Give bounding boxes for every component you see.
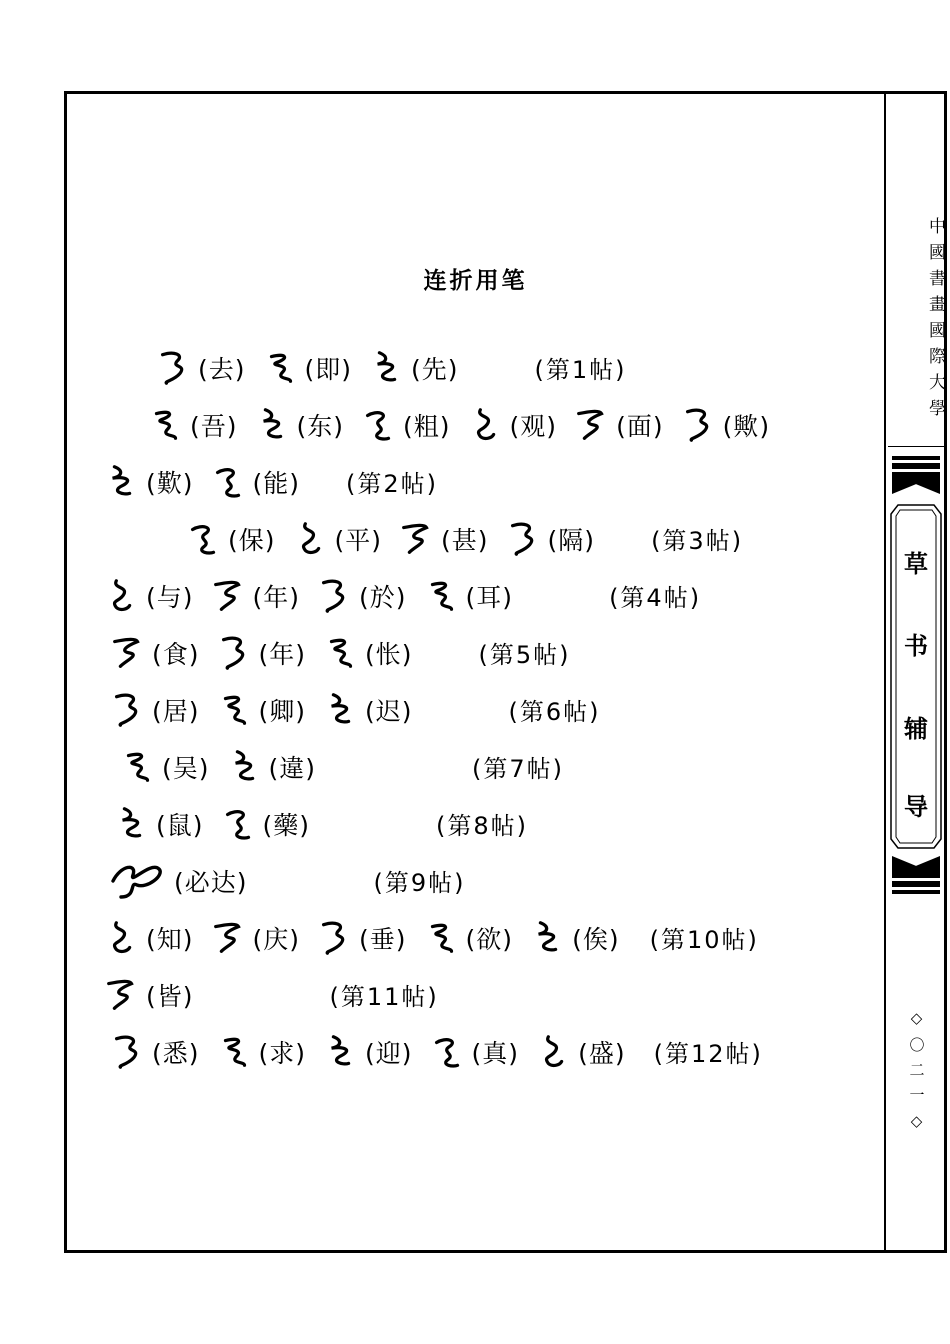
calligraphy-row: (鼠)(藥)(第8帖) bbox=[67, 795, 884, 852]
character-pair: (迎) bbox=[322, 1032, 413, 1072]
cursive-brush-glyph bbox=[322, 690, 360, 730]
printed-character: (与) bbox=[146, 578, 194, 614]
character-pair: (藥) bbox=[220, 804, 311, 844]
cursive-brush-glyph bbox=[467, 405, 505, 445]
character-pair: (違) bbox=[226, 747, 317, 787]
printed-character: (年) bbox=[253, 578, 301, 614]
printed-character: (歟) bbox=[723, 407, 771, 443]
printed-character: (即) bbox=[305, 350, 353, 386]
printed-character: (东) bbox=[297, 407, 345, 443]
cursive-brush-glyph bbox=[185, 519, 223, 559]
printed-character: (平) bbox=[335, 521, 383, 557]
printed-character: (迟) bbox=[365, 692, 413, 728]
character-pair: (年) bbox=[210, 576, 301, 616]
character-pair: (歟) bbox=[680, 405, 771, 445]
series-char-4: 导 bbox=[890, 787, 942, 822]
sidebar-rule bbox=[888, 446, 946, 447]
tie-number-label: (第6帖) bbox=[509, 692, 601, 727]
tie-number-label: (第10帖) bbox=[650, 920, 759, 955]
character-pair: (吾) bbox=[147, 405, 238, 445]
tie-number-label: (第3帖) bbox=[651, 521, 743, 556]
character-pair: (去) bbox=[155, 348, 246, 388]
character-pair: (保) bbox=[185, 519, 276, 559]
character-pair: (皆) bbox=[103, 975, 194, 1015]
printed-character: (皆) bbox=[146, 977, 194, 1013]
printed-character: (保) bbox=[228, 521, 276, 557]
book-page: 连折用笔 (去)(即)(先)(第1帖)(吾)(东)(粗)(观)(面)(歟)(歎)… bbox=[0, 0, 950, 1344]
cursive-brush-glyph bbox=[107, 859, 169, 903]
cursive-brush-glyph bbox=[322, 1032, 360, 1072]
sidebar: 中國書畫國際大學 草 书 辅 导 ◇〇二一◇ bbox=[886, 94, 948, 1250]
cursive-brush-glyph bbox=[423, 576, 461, 616]
cursive-brush-glyph bbox=[210, 576, 248, 616]
character-pair: (迟) bbox=[322, 690, 413, 730]
character-pair: (能) bbox=[210, 462, 301, 502]
cursive-brush-glyph bbox=[103, 462, 141, 502]
character-pair: (年) bbox=[216, 633, 307, 673]
decorative-bars-top bbox=[892, 456, 940, 498]
cursive-brush-glyph bbox=[109, 690, 147, 730]
character-pair: (庆) bbox=[210, 918, 301, 958]
calligraphy-rows: (去)(即)(先)(第1帖)(吾)(东)(粗)(观)(面)(歟)(歎)(能)(第… bbox=[67, 339, 884, 1080]
cursive-brush-glyph bbox=[316, 918, 354, 958]
cursive-brush-glyph bbox=[316, 576, 354, 616]
printed-character: (吾) bbox=[190, 407, 238, 443]
tie-number-label: (第9帖) bbox=[374, 863, 466, 898]
printed-character: (食) bbox=[152, 635, 200, 671]
character-pair: (甚) bbox=[398, 519, 489, 559]
printed-character: (知) bbox=[146, 920, 194, 956]
series-title-panel: 草 书 辅 导 bbox=[890, 504, 942, 849]
printed-character: (先) bbox=[411, 350, 459, 386]
calligraphy-row: (居)(卿)(迟)(第6帖) bbox=[67, 681, 884, 738]
calligraphy-row: (必达)(第9帖) bbox=[67, 852, 884, 909]
calligraphy-row: (去)(即)(先)(第1帖) bbox=[67, 339, 884, 396]
character-pair: (即) bbox=[262, 348, 353, 388]
calligraphy-row: (悉)(求)(迎)(真)(盛)(第12帖) bbox=[67, 1023, 884, 1080]
series-char-1: 草 bbox=[890, 544, 942, 579]
printed-character: (观) bbox=[510, 407, 558, 443]
calligraphy-row: (皆)(第11帖) bbox=[67, 966, 884, 1023]
printed-character: (盛) bbox=[578, 1034, 626, 1070]
character-pair: (粗) bbox=[360, 405, 451, 445]
printed-character: (去) bbox=[198, 350, 246, 386]
cursive-brush-glyph bbox=[119, 747, 157, 787]
printed-character: (卿) bbox=[259, 692, 307, 728]
character-pair: (垂) bbox=[316, 918, 407, 958]
cursive-brush-glyph bbox=[292, 519, 330, 559]
cursive-brush-glyph bbox=[322, 633, 360, 673]
cursive-brush-glyph bbox=[103, 576, 141, 616]
character-pair: (东) bbox=[254, 405, 345, 445]
cursive-brush-glyph bbox=[368, 348, 406, 388]
tie-number-label: (第4帖) bbox=[609, 578, 701, 613]
printed-character: (於) bbox=[359, 578, 407, 614]
printed-character: (違) bbox=[269, 749, 317, 785]
cursive-brush-glyph bbox=[254, 405, 292, 445]
character-pair: (求) bbox=[216, 1032, 307, 1072]
cursive-brush-glyph bbox=[505, 519, 543, 559]
cursive-brush-glyph bbox=[573, 405, 611, 445]
tie-number-label: (第7帖) bbox=[472, 749, 564, 784]
cursive-brush-glyph bbox=[360, 405, 398, 445]
printed-character: (怅) bbox=[365, 635, 413, 671]
tie-number-label: (第5帖) bbox=[479, 635, 571, 670]
character-pair: (平) bbox=[292, 519, 383, 559]
university-name: 中國書畫國際大學 bbox=[886, 156, 948, 486]
character-pair: (怅) bbox=[322, 633, 413, 673]
printed-character: (歎) bbox=[146, 464, 194, 500]
printed-character: (垂) bbox=[359, 920, 407, 956]
character-pair: (必达) bbox=[107, 859, 248, 903]
cursive-brush-glyph bbox=[529, 918, 567, 958]
calligraphy-row: (保)(平)(甚)(隔)(第3帖) bbox=[67, 510, 884, 567]
tie-number-label: (第11帖) bbox=[330, 977, 439, 1012]
printed-character: (鼠) bbox=[156, 806, 204, 842]
printed-character: (吴) bbox=[162, 749, 210, 785]
printed-character: (庆) bbox=[253, 920, 301, 956]
character-pair: (於) bbox=[316, 576, 407, 616]
cursive-brush-glyph bbox=[113, 804, 151, 844]
cursive-brush-glyph bbox=[147, 405, 185, 445]
cursive-brush-glyph bbox=[109, 1032, 147, 1072]
page-title: 连折用笔 bbox=[67, 262, 884, 295]
character-pair: (知) bbox=[103, 918, 194, 958]
cursive-brush-glyph bbox=[216, 690, 254, 730]
calligraphy-row: (吾)(东)(粗)(观)(面)(歟) bbox=[67, 396, 884, 453]
printed-character: (藥) bbox=[263, 806, 311, 842]
calligraphy-row: (吴)(違)(第7帖) bbox=[67, 738, 884, 795]
printed-character: (真) bbox=[472, 1034, 520, 1070]
printed-character: (迎) bbox=[365, 1034, 413, 1070]
character-pair: (盛) bbox=[535, 1032, 626, 1072]
printed-character: (求) bbox=[259, 1034, 307, 1070]
cursive-brush-glyph bbox=[398, 519, 436, 559]
series-char-2: 书 bbox=[890, 626, 942, 661]
page-frame: 连折用笔 (去)(即)(先)(第1帖)(吾)(东)(粗)(观)(面)(歟)(歎)… bbox=[64, 91, 947, 1253]
character-pair: (先) bbox=[368, 348, 459, 388]
main-content: 连折用笔 (去)(即)(先)(第1帖)(吾)(东)(粗)(观)(面)(歟)(歎)… bbox=[67, 94, 884, 1250]
cursive-brush-glyph bbox=[423, 918, 461, 958]
printed-character: (欲) bbox=[466, 920, 514, 956]
printed-character: (耳) bbox=[466, 578, 514, 614]
cursive-brush-glyph bbox=[226, 747, 264, 787]
character-pair: (食) bbox=[109, 633, 200, 673]
cursive-brush-glyph bbox=[109, 633, 147, 673]
tie-number-label: (第8帖) bbox=[436, 806, 528, 841]
printed-character: (居) bbox=[152, 692, 200, 728]
cursive-brush-glyph bbox=[262, 348, 300, 388]
character-pair: (面) bbox=[573, 405, 664, 445]
character-pair: (与) bbox=[103, 576, 194, 616]
printed-character: (甚) bbox=[441, 521, 489, 557]
printed-character: (隔) bbox=[548, 521, 596, 557]
character-pair: (隔) bbox=[505, 519, 596, 559]
character-pair: (悉) bbox=[109, 1032, 200, 1072]
cursive-brush-glyph bbox=[103, 975, 141, 1015]
tie-number-label: (第1帖) bbox=[535, 350, 627, 385]
character-pair: (卿) bbox=[216, 690, 307, 730]
cursive-brush-glyph bbox=[216, 633, 254, 673]
calligraphy-row: (歎)(能)(第2帖) bbox=[67, 453, 884, 510]
cursive-brush-glyph bbox=[210, 462, 248, 502]
character-pair: (欲) bbox=[423, 918, 514, 958]
tie-number-label: (第12帖) bbox=[654, 1034, 763, 1069]
printed-character: (年) bbox=[259, 635, 307, 671]
cursive-brush-glyph bbox=[210, 918, 248, 958]
character-pair: (俟) bbox=[529, 918, 620, 958]
page-number: ◇〇二一◇ bbox=[907, 1009, 928, 1140]
printed-character: (能) bbox=[253, 464, 301, 500]
cursive-brush-glyph bbox=[220, 804, 258, 844]
printed-character: (面) bbox=[616, 407, 664, 443]
cursive-brush-glyph bbox=[429, 1032, 467, 1072]
cursive-brush-glyph bbox=[103, 918, 141, 958]
character-pair: (鼠) bbox=[113, 804, 204, 844]
cursive-brush-glyph bbox=[155, 348, 193, 388]
calligraphy-row: (知)(庆)(垂)(欲)(俟)(第10帖) bbox=[67, 909, 884, 966]
cursive-brush-glyph bbox=[535, 1032, 573, 1072]
printed-character: (粗) bbox=[403, 407, 451, 443]
cursive-brush-glyph bbox=[216, 1032, 254, 1072]
character-pair: (居) bbox=[109, 690, 200, 730]
character-pair: (歎) bbox=[103, 462, 194, 502]
calligraphy-row: (与)(年)(於)(耳)(第4帖) bbox=[67, 567, 884, 624]
printed-character: (俟) bbox=[572, 920, 620, 956]
character-pair: (吴) bbox=[119, 747, 210, 787]
character-pair: (观) bbox=[467, 405, 558, 445]
character-pair: (真) bbox=[429, 1032, 520, 1072]
character-pair: (耳) bbox=[423, 576, 514, 616]
calligraphy-row: (食)(年)(怅)(第5帖) bbox=[67, 624, 884, 681]
decorative-bars-bottom bbox=[892, 852, 940, 894]
series-char-3: 辅 bbox=[890, 709, 942, 744]
cursive-brush-glyph bbox=[680, 405, 718, 445]
printed-character: (悉) bbox=[152, 1034, 200, 1070]
printed-character: (必达) bbox=[174, 863, 248, 899]
tie-number-label: (第2帖) bbox=[346, 464, 438, 499]
